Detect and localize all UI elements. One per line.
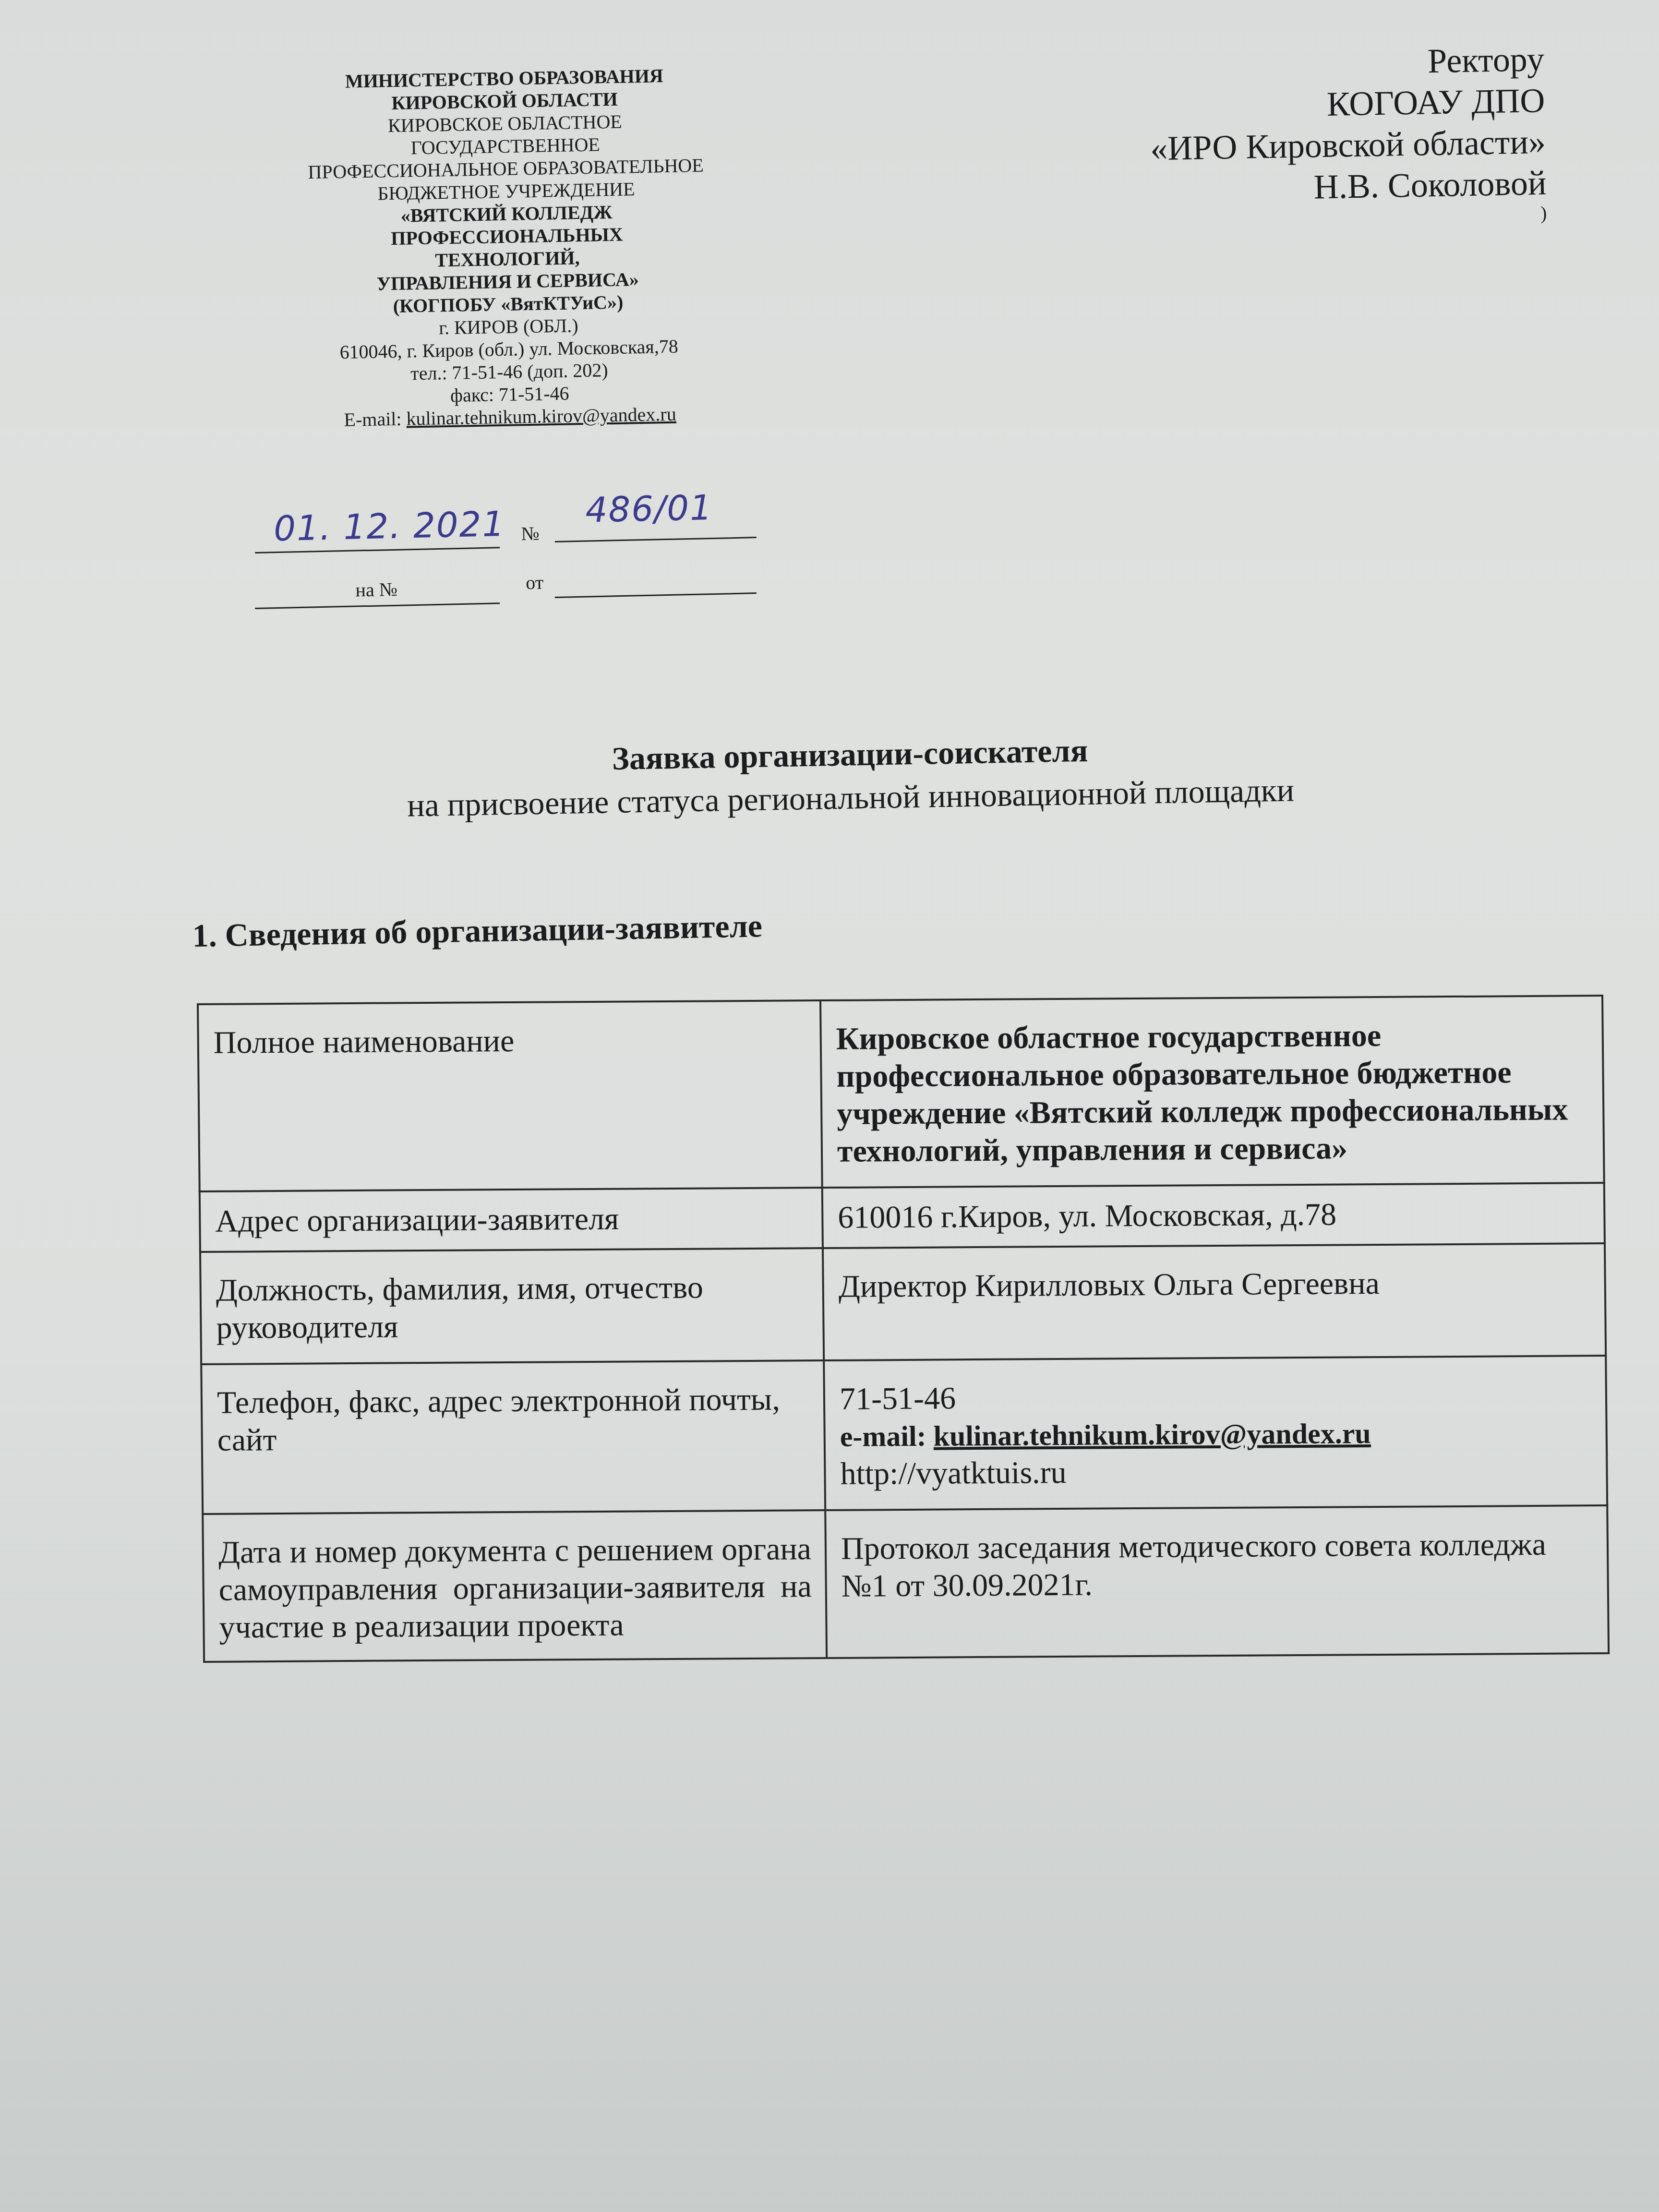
- table-row: Полное наименование Кировское областное …: [198, 996, 1604, 1191]
- contact-email-label: e-mail:: [840, 1420, 934, 1453]
- row-value-full-name: Кировское областное государственное проф…: [820, 996, 1604, 1188]
- contact-email-row: e-mail: kulinar.tehnikum.kirov@yandex.ru: [840, 1413, 1592, 1455]
- row-label-head: Должность, фамилия, имя, отчество руково…: [200, 1248, 824, 1364]
- email-label: E-mail:: [344, 408, 407, 431]
- addressee-block: Ректору КОГОАУ ДПО «ИРО Кировской област…: [968, 38, 1547, 233]
- contact-site-link[interactable]: http://vyatktuis.ru: [840, 1451, 1593, 1493]
- contact-email-link[interactable]: kulinar.tehnikum.kirov@yandex.ru: [933, 1418, 1371, 1452]
- row-value-contacts: 71-51-46 e-mail: kulinar.tehnikum.kirov@…: [824, 1356, 1607, 1510]
- row-value-head: Директор Кирилловых Ольга Сергеевна: [823, 1243, 1606, 1360]
- registration-number: 486/01: [585, 487, 713, 530]
- row-value-decision: Протокол заседания методического совета …: [825, 1505, 1609, 1658]
- registration-date: 01. 12. 2021: [273, 504, 505, 549]
- table-row: Дата и номер документа с решением органа…: [203, 1505, 1609, 1662]
- reference-from-label: от: [526, 571, 544, 594]
- registration-number-label: №: [521, 522, 540, 545]
- applicant-info-table: Полное наименование Кировское областное …: [197, 995, 1610, 1663]
- letterhead-email-link[interactable]: kulinar.tehnikum.kirov@yandex.ru: [406, 403, 676, 430]
- reference-date-field: [555, 592, 757, 598]
- reference-number-label: на №: [355, 578, 397, 601]
- row-label-decision: Дата и номер документа с решением органа…: [203, 1510, 827, 1662]
- row-label-contacts: Телефон, факс, адрес электронной почты, …: [201, 1360, 825, 1514]
- row-label-full-name: Полное наименование: [198, 1000, 822, 1191]
- table-row: Должность, фамилия, имя, отчество руково…: [200, 1243, 1606, 1364]
- contact-phone: 71-51-46: [840, 1376, 1592, 1418]
- letterhead: МИНИСТЕРСТВО ОБРАЗОВАНИЯ КИРОВСКОЙ ОБЛАС…: [226, 62, 789, 433]
- row-value-address: 610016 г.Киров, ул. Московская, д.78: [822, 1183, 1605, 1248]
- table-row: Адрес организации-заявителя 610016 г.Кир…: [200, 1183, 1605, 1252]
- row-label-address: Адрес организации-заявителя: [200, 1188, 823, 1252]
- table-row: Телефон, факс, адрес электронной почты, …: [201, 1356, 1607, 1514]
